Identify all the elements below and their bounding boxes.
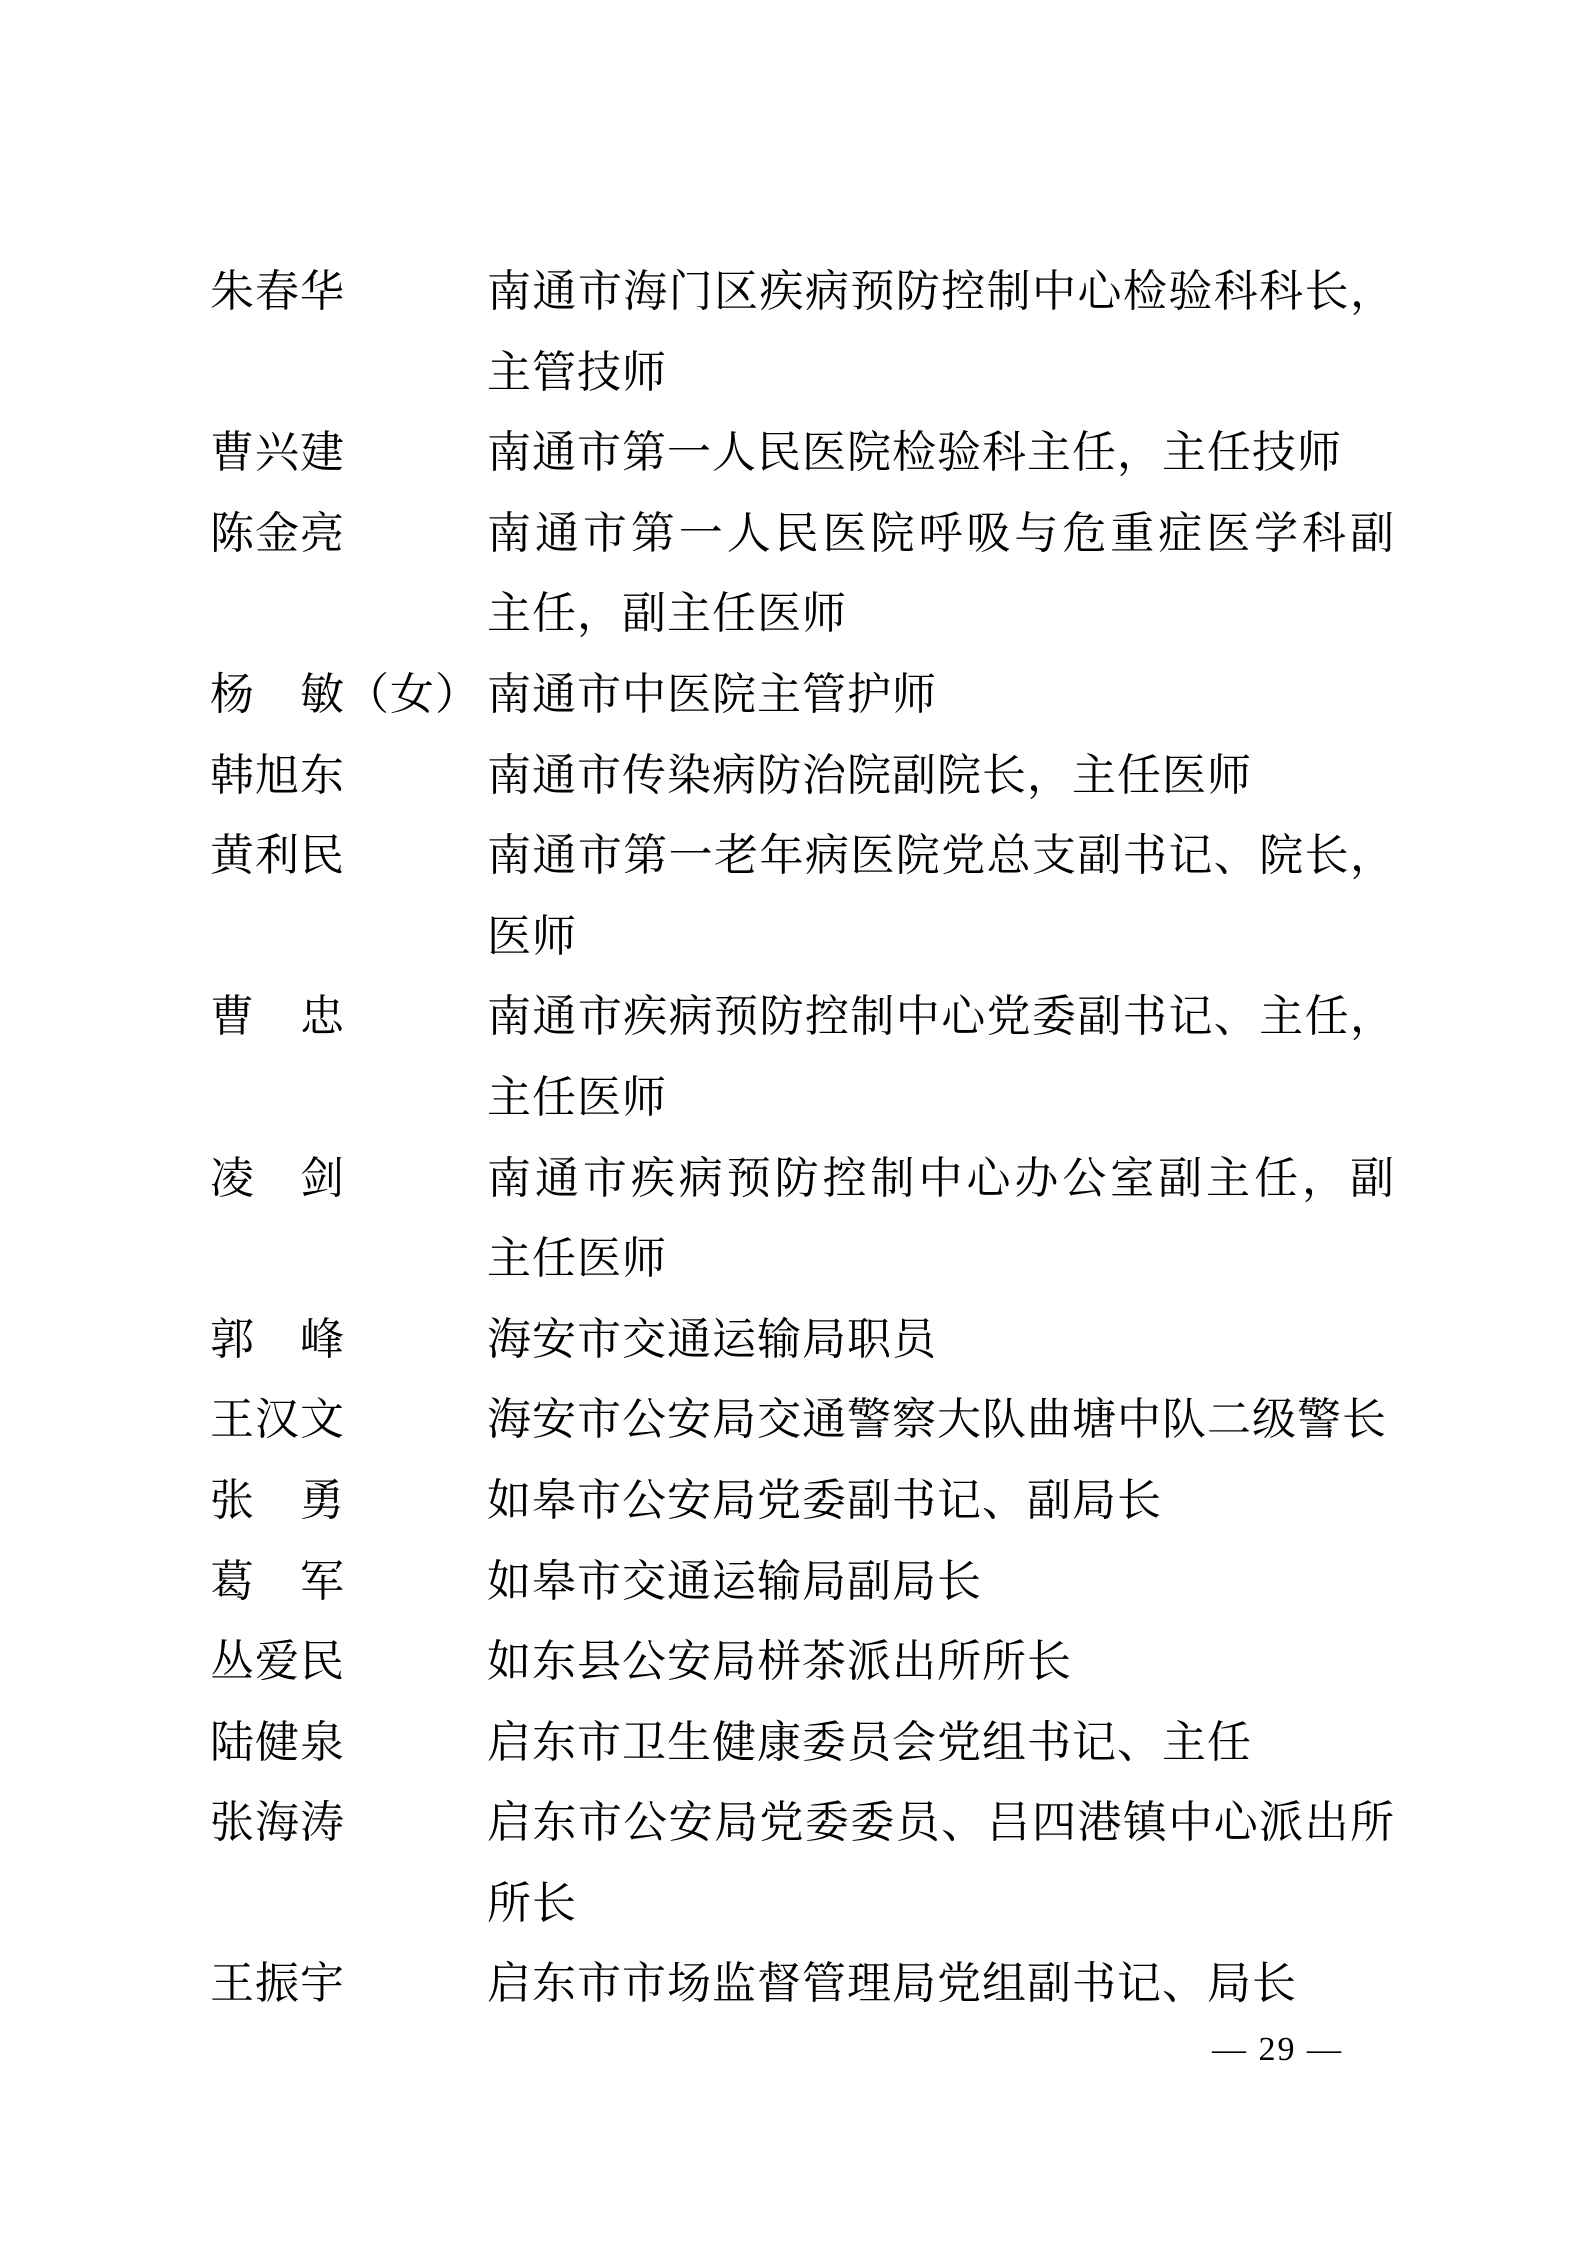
award-list: 朱春华 南通市海门区疾病预防控制中心检验科科长，主管技师 曹兴建 南通市第一人民… — [210, 252, 1395, 2025]
position-line: 南通市第一老年病医院党总支副书记、院长， — [487, 816, 1395, 897]
list-entry: 张海涛 启东市公安局党委委员、吕四港镇中心派出所所长 — [210, 1783, 1395, 1944]
entry-name: 黄利民 — [210, 816, 487, 897]
position-line: 医师 — [487, 897, 1395, 978]
list-entry: 黄利民 南通市第一老年病医院党总支副书记、院长，医师 — [210, 816, 1395, 977]
entry-name: 曹兴建 — [210, 413, 487, 494]
entry-name: 张 勇 — [210, 1461, 487, 1542]
list-entry: 葛 军 如皋市交通运输局副局长 — [210, 1542, 1395, 1623]
entry-name: 朱春华 — [210, 252, 487, 333]
entry-position: 南通市疾病预防控制中心党委副书记、主任，主任医师 — [487, 977, 1395, 1138]
list-entry: 张 勇 如皋市公安局党委副书记、副局长 — [210, 1461, 1395, 1542]
entry-name: 王振宇 — [210, 1944, 487, 2025]
position-line: 海安市交通运输局职员 — [487, 1300, 1395, 1381]
list-entry: 韩旭东 南通市传染病防治院副院长，主任医师 — [210, 736, 1395, 817]
position-line: 南通市第一人民医院呼吸与危重症医学科副 — [487, 494, 1395, 575]
entry-name: 陆健泉 — [210, 1703, 487, 1784]
position-line: 南通市传染病防治院副院长，主任医师 — [487, 736, 1395, 817]
list-entry: 王汉文 海安市公安局交通警察大队曲塘中队二级警长 — [210, 1380, 1395, 1461]
entry-position: 海安市交通运输局职员 — [487, 1300, 1395, 1381]
position-line: 南通市疾病预防控制中心办公室副主任，副 — [487, 1139, 1395, 1220]
list-entry: 郭 峰 海安市交通运输局职员 — [210, 1300, 1395, 1381]
entry-name: 王汉文 — [210, 1380, 487, 1461]
entry-position: 南通市第一人民医院呼吸与危重症医学科副主任，副主任医师 — [487, 494, 1395, 655]
entry-position: 如皋市公安局党委副书记、副局长 — [487, 1461, 1395, 1542]
position-line: 南通市中医院主管护师 — [487, 655, 1395, 736]
document-page: 朱春华 南通市海门区疾病预防控制中心检验科科长，主管技师 曹兴建 南通市第一人民… — [0, 0, 1587, 2245]
entry-name: 韩旭东 — [210, 736, 487, 817]
entry-position: 南通市疾病预防控制中心办公室副主任，副主任医师 — [487, 1139, 1395, 1300]
entry-position: 南通市传染病防治院副院长，主任医师 — [487, 736, 1395, 817]
entry-name: 陈金亮 — [210, 494, 487, 575]
position-line: 所长 — [487, 1864, 1395, 1945]
list-entry: 曹兴建 南通市第一人民医院检验科主任，主任技师 — [210, 413, 1395, 494]
entry-position: 启东市公安局党委委员、吕四港镇中心派出所所长 — [487, 1783, 1395, 1944]
position-line: 启东市公安局党委委员、吕四港镇中心派出所 — [487, 1783, 1395, 1864]
list-entry: 曹 忠 南通市疾病预防控制中心党委副书记、主任，主任医师 — [210, 977, 1395, 1138]
list-entry: 杨 敏（女） 南通市中医院主管护师 — [210, 655, 1395, 736]
position-line: 南通市海门区疾病预防控制中心检验科科长， — [487, 252, 1395, 333]
position-line: 南通市疾病预防控制中心党委副书记、主任， — [487, 977, 1395, 1058]
position-line: 如皋市公安局党委副书记、副局长 — [487, 1461, 1395, 1542]
entry-name: 杨 敏（女） — [210, 655, 487, 736]
list-entry: 陈金亮 南通市第一人民医院呼吸与危重症医学科副主任，副主任医师 — [210, 494, 1395, 655]
list-entry: 陆健泉 启东市卫生健康委员会党组书记、主任 — [210, 1703, 1395, 1784]
position-line: 主任医师 — [487, 1058, 1395, 1139]
entry-name: 葛 军 — [210, 1542, 487, 1623]
position-line: 启东市市场监督管理局党组副书记、局长 — [487, 1944, 1395, 2025]
position-line: 主任医师 — [487, 1219, 1395, 1300]
list-entry: 丛爱民 如东县公安局栟茶派出所所长 — [210, 1622, 1395, 1703]
entry-name: 郭 峰 — [210, 1300, 487, 1381]
entry-position: 南通市海门区疾病预防控制中心检验科科长，主管技师 — [487, 252, 1395, 413]
position-line: 主任，副主任医师 — [487, 574, 1395, 655]
entry-position: 南通市第一人民医院检验科主任，主任技师 — [487, 413, 1395, 494]
entry-position: 南通市中医院主管护师 — [487, 655, 1395, 736]
entry-name: 丛爱民 — [210, 1622, 487, 1703]
entry-name: 凌 剑 — [210, 1139, 487, 1220]
entry-position: 如东县公安局栟茶派出所所长 — [487, 1622, 1395, 1703]
position-line: 如皋市交通运输局副局长 — [487, 1542, 1395, 1623]
position-line: 主管技师 — [487, 333, 1395, 414]
page-number: — 29 — — [1212, 2026, 1343, 2074]
entry-position: 启东市卫生健康委员会党组书记、主任 — [487, 1703, 1395, 1784]
list-entry: 凌 剑 南通市疾病预防控制中心办公室副主任，副主任医师 — [210, 1139, 1395, 1300]
position-line: 南通市第一人民医院检验科主任，主任技师 — [487, 413, 1395, 494]
entry-name: 曹 忠 — [210, 977, 487, 1058]
entry-position: 海安市公安局交通警察大队曲塘中队二级警长 — [487, 1380, 1395, 1461]
position-line: 启东市卫生健康委员会党组书记、主任 — [487, 1703, 1395, 1784]
position-line: 如东县公安局栟茶派出所所长 — [487, 1622, 1395, 1703]
entry-name: 张海涛 — [210, 1783, 487, 1864]
entry-position: 如皋市交通运输局副局长 — [487, 1542, 1395, 1623]
entry-position: 南通市第一老年病医院党总支副书记、院长，医师 — [487, 816, 1395, 977]
list-entry: 王振宇 启东市市场监督管理局党组副书记、局长 — [210, 1944, 1395, 2025]
entry-position: 启东市市场监督管理局党组副书记、局长 — [487, 1944, 1395, 2025]
position-line: 海安市公安局交通警察大队曲塘中队二级警长 — [487, 1380, 1395, 1461]
list-entry: 朱春华 南通市海门区疾病预防控制中心检验科科长，主管技师 — [210, 252, 1395, 413]
